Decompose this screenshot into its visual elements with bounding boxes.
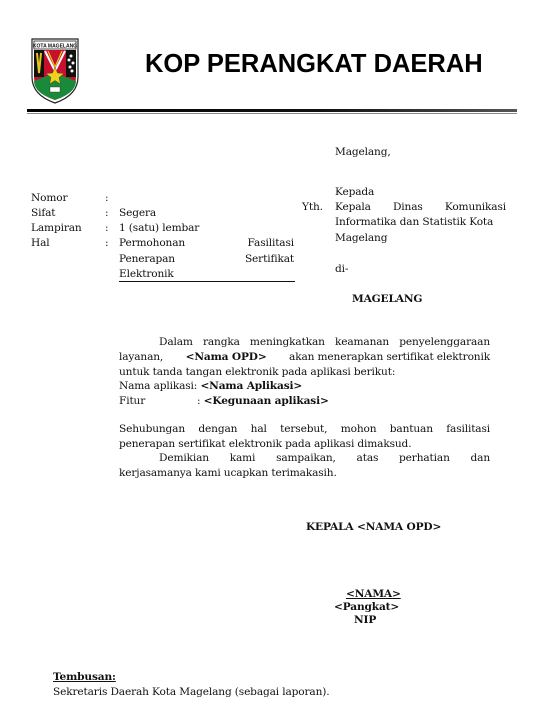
cc-item: Sekretaris Daerah Kota Magelang (sebagai… [53, 685, 329, 700]
meta-colon: : [105, 206, 108, 221]
body-p2-line1: Sehubungan dengan hal tersebut, mohon ba… [119, 422, 490, 437]
meta-label-lampiran: Lampiran [31, 221, 82, 236]
svg-text:KOTA MAGELANG: KOTA MAGELANG [33, 43, 77, 49]
recipient-city: MAGELANG [352, 292, 422, 307]
recipient-word: Komunikasi [445, 200, 506, 215]
hal-word: Sertifikat [245, 252, 294, 267]
body-p3-line1: Demikian kami sampaikan, atas perhatian … [159, 451, 490, 466]
feature-placeholder: <Kegunaan aplikasi> [204, 395, 329, 407]
body-p1-line1: Dalam rangka meningkatkan keamanan penye… [119, 335, 490, 350]
letterhead-title: KOP PERANGKAT DAERAH [145, 50, 483, 79]
body-p2-line2: penerapan sertifikat elektronik pada apl… [119, 437, 490, 452]
body-text: Dalam rangka meningkatkan keamanan penye… [159, 335, 490, 350]
recipient-line3: Magelang [335, 231, 506, 246]
meta-value-hal-line1: Permohonan Fasilitasi [119, 236, 294, 251]
recipient-di: di- [335, 262, 506, 277]
recipient-kepada: Kepada [335, 185, 506, 200]
meta-value-hal-line3: Elektronik [119, 267, 295, 282]
recipient-line2: Informatika dan Statistik Kota [335, 215, 506, 230]
feature-colon: : [197, 395, 204, 407]
hal-word: Permohonan [119, 236, 185, 251]
place-date: Magelang, [335, 145, 391, 160]
signature-position: KEPALA <NAMA OPD> [306, 520, 441, 535]
meta-colon: : [105, 236, 108, 251]
letterhead-divider-thin [27, 113, 517, 114]
app-name-row: Nama aplikasi: <Nama Aplikasi> [119, 379, 490, 394]
cc-heading: Tembusan: [53, 670, 116, 685]
body-p1-line3: untuk tanda tangan elektronik pada aplik… [119, 365, 490, 380]
feature-label: Fitur [119, 394, 197, 409]
body-p1-line2: layanan, <Nama OPD> akan menerapkan sert… [119, 350, 490, 365]
meta-value-lampiran: 1 (satu) lembar [119, 221, 199, 236]
hal-word: Penerapan [119, 252, 175, 267]
meta-value-hal-line2: Penerapan Sertifikat [119, 252, 294, 267]
body-text: layanan, [119, 350, 163, 365]
signature-nip: NIP [354, 613, 376, 628]
meta-colon: : [105, 221, 108, 236]
recipient-word: Kepala [335, 200, 371, 215]
app-name-placeholder: <Nama Aplikasi> [200, 380, 302, 392]
letterhead-divider [27, 109, 517, 112]
meta-label-nomor: Nomor [31, 191, 67, 206]
meta-label-hal: Hal [31, 236, 50, 251]
recipient-line1: Kepala Dinas Komunikasi [335, 200, 506, 215]
shield-emblem-icon: KOTA MAGELANG [30, 37, 80, 104]
body-p3-line2: kerjasamanya kami ucapkan terimakasih. [119, 466, 490, 481]
city-emblem-logo: KOTA MAGELANG [30, 37, 80, 104]
opd-name-placeholder: <Nama OPD> [186, 350, 267, 365]
recipient-yth: Yth. [302, 200, 323, 215]
meta-label-sifat: Sifat [31, 206, 55, 221]
recipient-word: Dinas [393, 200, 423, 215]
feature-row: Fitur: <Kegunaan aplikasi> [119, 394, 490, 409]
meta-value-sifat: Segera [119, 206, 156, 221]
hal-word: Fasilitasi [248, 236, 294, 251]
app-name-label: Nama aplikasi: [119, 380, 200, 392]
body-text: akan menerapkan sertifikat elektronik [289, 350, 490, 365]
meta-colon: : [105, 191, 108, 206]
